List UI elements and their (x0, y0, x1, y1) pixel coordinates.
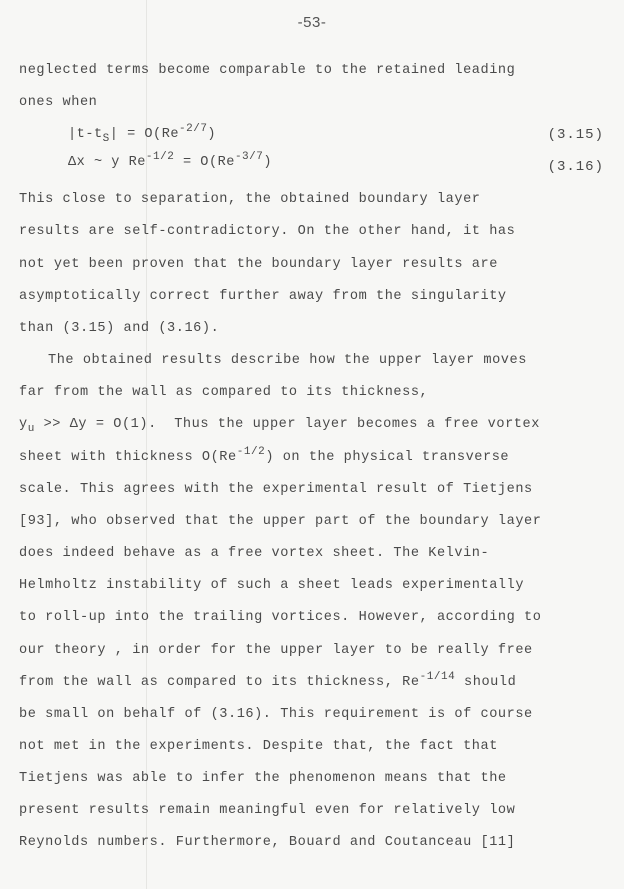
text-line: ones when (19, 95, 97, 111)
text-line: [93], who observed that the upper part o… (19, 514, 541, 530)
text-line: yu >> Δy = O(1). Thus the upper layer be… (19, 417, 540, 433)
text-part: should (455, 675, 516, 690)
eq-part: ) (207, 127, 216, 142)
eq-subscript: S (103, 133, 110, 145)
text-line: to roll-up into the trailing vortices. H… (19, 610, 541, 626)
text-line: does indeed behave as a free vortex shee… (19, 546, 489, 562)
text-line: than (3.15) and (3.16). (19, 321, 219, 337)
text-part: ) on the physical transverse (265, 450, 509, 465)
page-number: -53- (0, 14, 624, 31)
text-line: sheet with thickness O(Re-1/2) on the ph… (19, 450, 509, 466)
text-line: Reynolds numbers. Furthermore, Bouard an… (19, 835, 515, 851)
eq-part: |t-t (68, 127, 103, 142)
text-line: results are self-contradictory. On the o… (19, 224, 515, 240)
text-line: far from the wall as compared to its thi… (19, 385, 428, 401)
eq-exponent: -1/2 (146, 151, 174, 163)
eq-part: Δx ~ y Re (68, 155, 146, 170)
subscript: u (28, 423, 35, 435)
text-line: Helmholtz instability of such a sheet le… (19, 578, 524, 594)
text-part: >> Δy = O(1). Thus the upper layer becom… (35, 417, 540, 432)
text-line: neglected terms become comparable to the… (19, 63, 515, 79)
text-part: from the wall as compared to its thickne… (19, 675, 420, 690)
eq-exponent: -2/7 (179, 123, 207, 135)
text-line: our theory , in order for the upper laye… (19, 643, 533, 659)
text-part: y (19, 417, 28, 432)
text-line: not yet been proven that the boundary la… (19, 257, 498, 273)
equation-number: (3.16) (548, 159, 604, 175)
equation-3-15: |t-tS| = O(Re-2/7) (68, 127, 216, 143)
text-line: This close to separation, the obtained b… (19, 192, 481, 208)
text-line: The obtained results describe how the up… (48, 353, 527, 369)
eq-part: | = O(Re (110, 127, 179, 142)
text-line: from the wall as compared to its thickne… (19, 675, 516, 691)
text-line: Tietjens was able to infer the phenomeno… (19, 771, 507, 787)
eq-exponent: -3/7 (235, 151, 263, 163)
equation-number: (3.15) (548, 127, 604, 143)
text-line: scale. This agrees with the experimental… (19, 482, 533, 498)
text-part: sheet with thickness O(Re (19, 450, 237, 465)
exponent: -1/14 (420, 671, 456, 683)
eq-part: ) (263, 155, 272, 170)
document-page: -53- neglected terms become comparable t… (0, 0, 624, 889)
eq-part: = O(Re (174, 155, 235, 170)
equation-3-16: Δx ~ y Re-1/2 = O(Re-3/7) (68, 155, 272, 171)
text-line: not met in the experiments. Despite that… (19, 739, 498, 755)
text-line: present results remain meaningful even f… (19, 803, 515, 819)
exponent: -1/2 (237, 446, 266, 458)
text-line: asymptotically correct further away from… (19, 289, 507, 305)
text-line: be small on behalf of (3.16). This requi… (19, 707, 533, 723)
